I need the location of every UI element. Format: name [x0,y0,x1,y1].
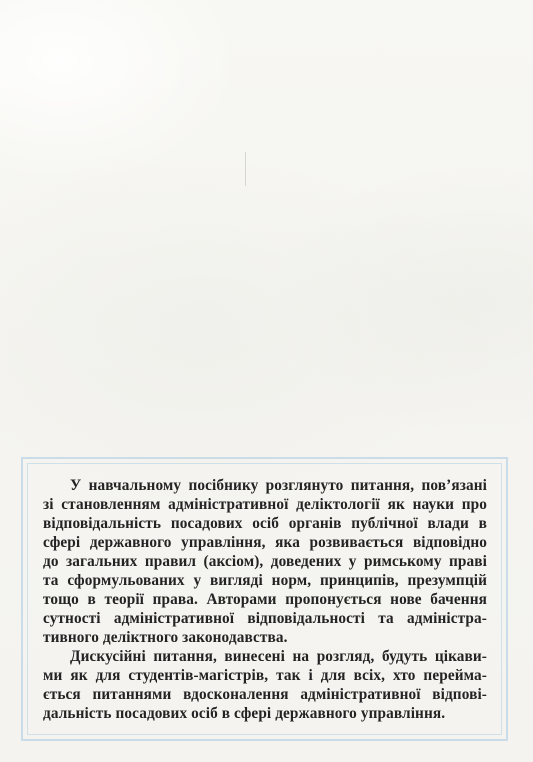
book-page: У навчальному посібнику розглянуто питан… [0,0,533,762]
scan-artifact-line [245,152,246,186]
annotation-line: Дискусійні питання, винесені на розгляд,… [43,647,487,666]
annotation-line: У навчальному посібнику розглянуто питан… [43,476,487,495]
annotation-line: тощо в теорії права. Авторами пропонуєть… [43,590,487,609]
annotation-line: зі становленням адміністративної делікто… [43,495,487,514]
annotation-line: ється питаннями вдосконалення адміністра… [43,685,487,704]
annotation-line: до загальних правил (аксіом), доведених … [43,552,487,571]
annotation-inner-border: У навчальному посібнику розглянуто питан… [27,463,502,735]
annotation-line: та сформульованих у вигляді норм, принци… [43,571,487,590]
annotation-line: дальність посадових осіб в сфері державн… [43,704,487,723]
annotation-line: ми як для студентів-магістрів, так і для… [43,666,487,685]
annotation-line: сфері державного управління, яка розвива… [43,533,487,552]
annotation-line: тивного деліктного законодавства. [43,628,487,647]
annotation-box: У навчальному посібнику розглянуто питан… [21,457,508,741]
annotation-line: сутності адміністративної відповідальнос… [43,609,487,628]
annotation-line: відповідальність посадових осіб органів … [43,514,487,533]
annotation-text-block: У навчальному посібнику розглянуто питан… [28,464,501,734]
